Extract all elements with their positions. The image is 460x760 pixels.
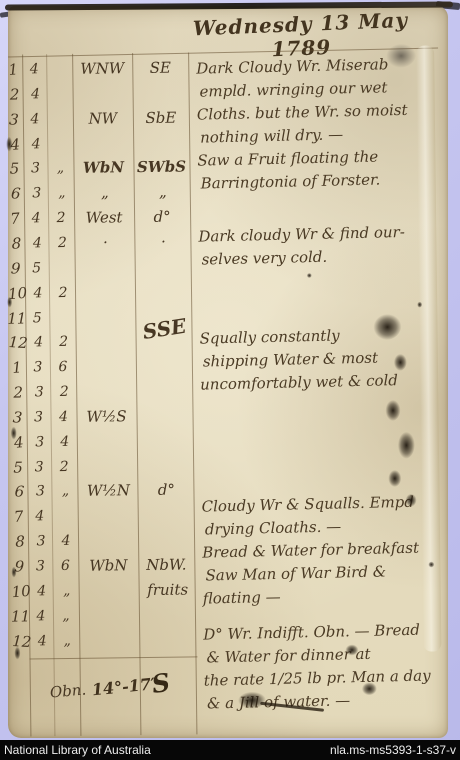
- caption-library-name: National Library of Australia: [4, 743, 151, 757]
- knots-cell: 4: [22, 58, 46, 80]
- course-cell: NbW.: [138, 553, 194, 576]
- log-row: 74: [10, 504, 194, 530]
- knots-cell: 4: [24, 133, 48, 155]
- fathoms-cell: „: [49, 182, 75, 204]
- course-cell: [134, 131, 190, 132]
- knots-cell: 4: [26, 332, 50, 354]
- log-row: 136: [8, 355, 192, 381]
- hour-cell: 8: [7, 232, 25, 254]
- hour-cell: 9: [6, 257, 25, 280]
- hour-cell: 1: [7, 356, 27, 379]
- wind-cell: [77, 455, 137, 456]
- latitude-observation: Obn. 14°-17′ S: [12, 674, 202, 712]
- log-row: 742Westd°: [6, 206, 190, 232]
- wind-cell: [79, 529, 139, 530]
- fathoms-cell: 4: [53, 530, 79, 552]
- fathoms-cell: 2: [50, 281, 76, 303]
- fathoms-cell: 4: [50, 406, 76, 428]
- log-row: 834: [11, 529, 195, 555]
- course-cell: SWbS: [133, 156, 189, 179]
- hour-cell: 5: [9, 456, 27, 478]
- course-cell: fruits: [140, 578, 196, 601]
- hour-cell: 8: [11, 531, 29, 553]
- log-row: 34NWSbE: [5, 106, 189, 132]
- remark-line: floating —: [203, 582, 443, 610]
- wind-cell: [74, 132, 134, 133]
- caption-bar: National Library of Australia nla.ms-ms5…: [0, 740, 460, 760]
- knots-cell: 3: [29, 530, 53, 552]
- course-cell: [135, 255, 191, 256]
- knots-cell: 3: [23, 158, 47, 180]
- wind-cell: WNW: [72, 57, 132, 80]
- fathoms-cell: 2: [48, 207, 74, 229]
- course-cell: [136, 280, 192, 281]
- log-row: 434: [10, 429, 194, 455]
- hour-cell: 3: [8, 406, 27, 429]
- course-cell: SE: [132, 56, 188, 79]
- log-row: 63„„„: [7, 181, 191, 207]
- knots-cell: 3: [27, 381, 51, 403]
- log-row: 842··: [7, 230, 191, 256]
- knots-cell: 3: [25, 182, 49, 204]
- knots-cell: 3: [28, 431, 52, 453]
- log-row: 936WbNNbW.: [10, 553, 194, 579]
- course-cell: [138, 429, 194, 430]
- log-row: 104„fruits: [12, 578, 196, 604]
- wind-cell: [80, 629, 140, 630]
- wind-cell: WbN: [73, 157, 133, 180]
- observation-value: 14°-17′: [91, 674, 156, 699]
- course-cell: [139, 529, 195, 530]
- fathoms-cell: 6: [50, 356, 76, 378]
- wind-cell: [79, 604, 139, 605]
- wind-cell: W½S: [76, 405, 136, 428]
- remark-line: Barringtonia of Forster.: [200, 167, 437, 195]
- wind-cell: [77, 380, 137, 381]
- hour-cell: 2: [9, 382, 27, 404]
- knots-cell: 4: [24, 207, 48, 229]
- fathoms-cell: 2: [49, 232, 75, 254]
- knots-cell: 3: [28, 555, 52, 577]
- course-cell: „: [135, 181, 191, 204]
- knots-cell: 4: [23, 108, 47, 130]
- knots-cell: 3: [26, 356, 50, 378]
- course-cell: [138, 504, 194, 505]
- hour-cell: 12: [8, 331, 27, 354]
- course-cell: d°: [134, 206, 190, 229]
- course-cell: [133, 81, 189, 82]
- hour-cell: 7: [5, 207, 25, 230]
- course-cell: ·: [135, 230, 191, 253]
- knots-cell: 5: [25, 307, 49, 329]
- knots-cell: 3: [27, 456, 51, 478]
- fathoms-cell: 2: [51, 381, 77, 403]
- knots-cell: 3: [28, 481, 52, 503]
- observation-label: Obn.: [49, 681, 87, 702]
- wind-cell: NW: [73, 107, 133, 130]
- fathoms-cell: „: [54, 629, 80, 651]
- hour-cell: 6: [6, 182, 25, 205]
- knots-cell: 4: [23, 83, 47, 105]
- fathoms-cell: „: [47, 157, 73, 179]
- hour-cell: 11: [11, 605, 29, 627]
- remark-line: selves very cold.: [201, 243, 438, 271]
- log-row: 532: [9, 454, 193, 480]
- knots-cell: 5: [25, 257, 49, 279]
- wind-cell: W½N: [78, 480, 138, 503]
- course-cell: [140, 628, 196, 629]
- fathoms-cell: 2: [50, 331, 76, 353]
- fathoms-cell: „: [53, 605, 79, 627]
- course-cell: [136, 355, 192, 356]
- log-row: 114„: [11, 603, 195, 629]
- knots-cell: 4: [26, 282, 50, 304]
- knots-cell: 4: [29, 605, 53, 627]
- course-cell: [136, 404, 192, 405]
- log-row: 334W½S: [8, 404, 192, 430]
- wind-cell: [78, 430, 138, 431]
- wind-cell: ·: [75, 231, 135, 254]
- log-row: 124„: [12, 628, 196, 654]
- scan-viewport: Wednesdy 13 May 1789 14WNWSE2434NWSbE445…: [0, 0, 460, 760]
- knots-cell: 4: [30, 630, 54, 652]
- log-row: 232: [9, 379, 193, 405]
- log-row: 14WNWSE: [4, 56, 188, 82]
- wind-cell: WbN: [78, 554, 138, 577]
- wind-cell: [73, 82, 133, 83]
- wind-cell: [75, 306, 135, 307]
- hour-cell: 11: [7, 307, 25, 329]
- log-row: 53„WbNSWbS: [5, 156, 189, 182]
- caption-image-id: nla.ms-ms5393-1-s37-v: [330, 743, 456, 757]
- knots-cell: 4: [28, 505, 52, 527]
- wind-cell: [76, 330, 136, 331]
- log-row: 44: [6, 131, 190, 157]
- wind-cell: West: [74, 206, 134, 229]
- course-cell: [139, 603, 195, 604]
- course-cell: [137, 454, 193, 455]
- wind-cell: [78, 504, 138, 505]
- log-row: 24: [5, 81, 189, 107]
- wind-cell: [76, 281, 136, 282]
- course-cell: [137, 379, 193, 380]
- remark-block: Dark cloudy Wr & find our-selves very co…: [198, 221, 439, 270]
- fathoms-cell: „: [52, 480, 78, 502]
- wind-cell: [76, 355, 136, 356]
- hour-cell: 2: [5, 83, 23, 105]
- wind-cell: „: [75, 181, 135, 204]
- course-cell: [135, 305, 191, 306]
- remark-line: uncomfortably wet & cold: [200, 368, 440, 396]
- fathoms-cell: 6: [52, 555, 78, 577]
- log-row: 95: [7, 255, 191, 281]
- wind-cell: [75, 256, 135, 257]
- fathoms-cell: „: [54, 580, 80, 602]
- course-cell: d°: [138, 479, 194, 502]
- manuscript-page: Wednesdy 13 May 1789 14WNWSE2434NWSbE445…: [8, 6, 448, 738]
- remarks-column: Dark Cloudy Wr. Miserabempld. wringing o…: [194, 3, 447, 734]
- remark-block: Dark Cloudy Wr. Miserabempld. wringing o…: [196, 53, 438, 194]
- hour-cell: 10: [11, 580, 31, 603]
- hour-cell: 3: [4, 108, 23, 131]
- log-row: 1242SSE: [8, 330, 192, 356]
- hour-cell: 5: [5, 158, 23, 180]
- manuscript-sheet: Wednesdy 13 May 1789 14WNWSE2434NWSbE445…: [4, 3, 453, 740]
- knots-cell: 4: [30, 580, 54, 602]
- remark-block: Cloudy Wr & Squalls. Empddrying Cloaths.…: [201, 491, 442, 609]
- log-row: 1042: [8, 280, 192, 306]
- hour-cell: 7: [9, 505, 29, 528]
- fathoms-cell: 2: [51, 455, 77, 477]
- knots-cell: 3: [26, 406, 50, 428]
- log-row: 63„W½Nd°: [10, 479, 194, 505]
- hour-cell: 6: [10, 480, 29, 503]
- wind-cell: [80, 579, 140, 580]
- knots-cell: 4: [25, 232, 49, 254]
- hour-cell: 1: [3, 58, 23, 81]
- course-cell: SbE: [133, 106, 189, 129]
- fathoms-cell: 4: [52, 431, 78, 453]
